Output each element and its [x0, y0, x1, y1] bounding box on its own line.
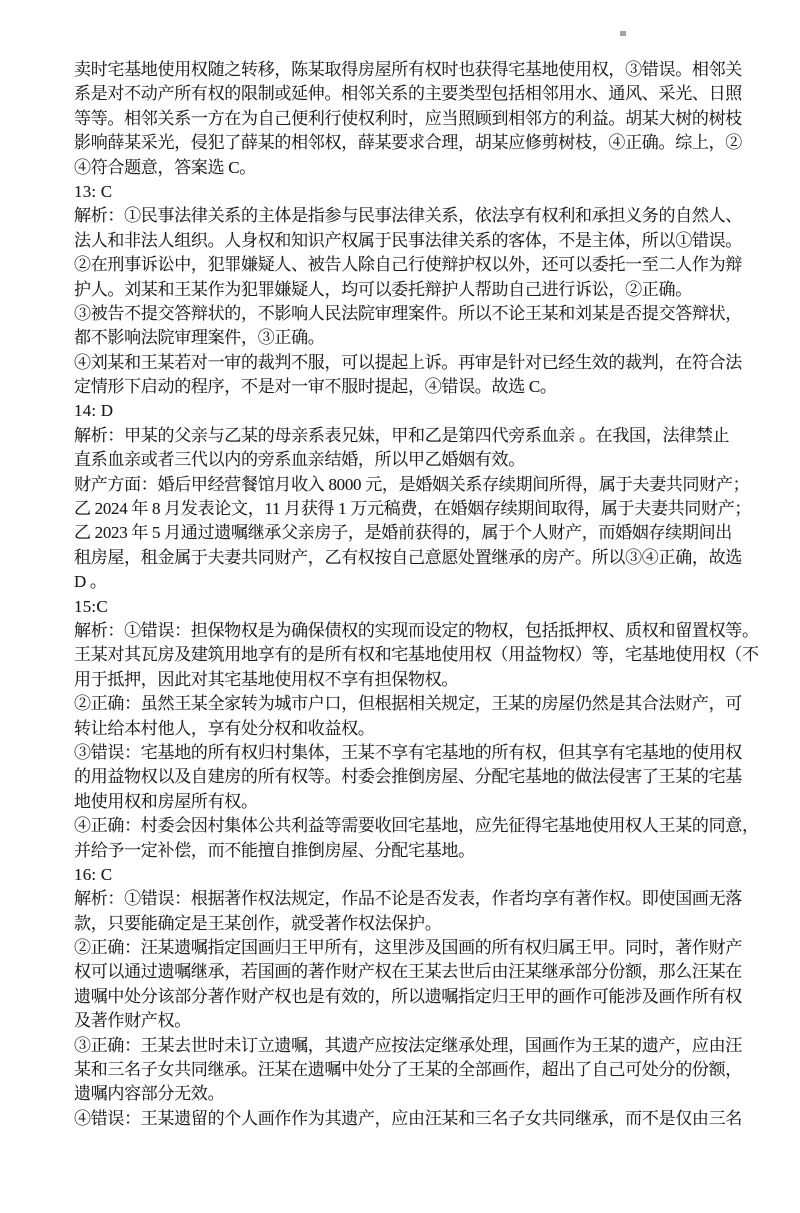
text-line: 的用益物权以及自建房的所有权等。村委会推倒房屋、分配宅基地的做法侵害了王某的宅基: [74, 765, 770, 789]
text-line: 某和三名子女共同继承。汪某在遗嘱中处分了王某的全部画作，超出了自己可处分的份额，: [74, 1058, 770, 1082]
text-line: ④错误：王某遗留的个人画作作为其遗产，应由汪某和三名子女共同继承，而不是仅由三名: [74, 1107, 770, 1131]
text-line: 遗嘱内容部分无效。: [74, 1082, 770, 1106]
text-line: ④符合题意，答案选 C。: [74, 156, 770, 180]
text-line: 及著作财产权。: [74, 1009, 770, 1033]
text-line: 并给予一定补偿，而不能擅自推倒房屋、分配宅基地。: [74, 839, 770, 863]
text-line: ③正确：王某去世时未订立遗嘱，其遗产应按法定继承处理，国画作为王某的遗产，应由汪: [74, 1034, 770, 1058]
text-line: 款，只要能确定是王某创作，就受著作权法保护。: [74, 912, 770, 936]
text-line: ②正确：汪某遗嘱指定国画归王甲所有，这里涉及国画的所有权归属王甲。同时，著作财产: [74, 936, 770, 960]
text-line: ④正确：村委会因村集体公共利益等需要收回宅基地，应先征得宅基地使用权人王某的同意…: [74, 814, 770, 838]
text-line: 遗嘱中处分该部分著作财产权也是有效的，所以遗嘱指定归王甲的画作可能涉及画作所有权: [74, 985, 770, 1009]
answer-number-header: 14: D: [74, 399, 770, 423]
text-line: ②正确：虽然王某全家转为城市户口，但根据相关规定，王某的房屋仍然是其合法财产，可: [74, 692, 770, 716]
text-line: 都不影响法院审理案件，③正确。: [74, 326, 770, 350]
text-line: 系是对不动产所有权的限制或延伸。相邻关系的主要类型包括相邻用水、通风、采光、日照: [74, 82, 770, 106]
text-line: 解析：①民事法律关系的主体是指参与民事法律关系，依法享有权利和承担义务的自然人、: [74, 204, 770, 228]
text-line: ②在刑事诉讼中，犯罪嫌疑人、被告人除自己行使辩护权以外，还可以委托一至二人作为辩: [74, 253, 770, 277]
text-line: 用于抵押，因此对其宅基地使用权不享有担保物权。: [74, 668, 770, 692]
text-line: 转让给本村他人，享有处分权和收益权。: [74, 717, 770, 741]
answer-number-header: 13: C: [74, 180, 770, 204]
scan-speck-artifact: [620, 31, 626, 36]
text-line: 权可以通过遗嘱继承，若国画的著作财产权在王某去世后由汪某继承部分份额，那么汪某在: [74, 960, 770, 984]
text-line: ④刘某和王某若对一审的裁判不服，可以提起上诉。再审是针对已经生效的裁判，在符合法: [74, 351, 770, 375]
text-line: 影响薛某采光，侵犯了薛某的相邻权，薛某要求合理，胡某应修剪树枝，④正确。综上，②: [74, 131, 770, 155]
text-line: 地使用权和房屋所有权。: [74, 790, 770, 814]
scanned-document-page: 卖时宅基地使用权随之转移，陈某取得房屋所有权时也获得宅基地使用权，③错误。相邻关…: [0, 0, 800, 1213]
text-line: 乙 2023 年 5 月通过遗嘱继承父亲房子，是婚前获得的，属于个人财产，而婚姻…: [74, 521, 770, 545]
text-line: 乙 2024 年 8 月发表论文，11 月获得 1 万元稿费，在婚姻存续期间取得…: [74, 497, 770, 521]
text-line: 定情形下启动的程序，不是对一审不服时提起，④错误。故选 C。: [74, 375, 770, 399]
text-line: 直系血亲或者三代以内的旁系血亲结婚，所以甲乙婚姻有效。: [74, 448, 770, 472]
text-line: ③错误：宅基地的所有权归村集体，王某不享有宅基地的所有权，但其享有宅基地的使用权: [74, 741, 770, 765]
text-line: 解析：①错误：根据著作权法规定，作品不论是否发表，作者均享有著作权。即使国画无落: [74, 887, 770, 911]
text-line: D 。: [74, 570, 770, 594]
text-line: 王某对其瓦房及建筑用地享有的是所有权和宅基地使用权（用益物权）等，宅基地使用权（…: [74, 643, 770, 667]
text-line: 租房屋，租金属于夫妻共同财产，乙有权按自己意愿处置继承的房产。所以③④正确，故选: [74, 546, 770, 570]
text-line: 解析：甲某的父亲与乙某的母亲系表兄妹，甲和乙是第四代旁系血亲 。在我国，法律禁止: [74, 424, 770, 448]
document-text-body: 卖时宅基地使用权随之转移，陈某取得房屋所有权时也获得宅基地使用权，③错误。相邻关…: [74, 58, 770, 1131]
text-line: 法人和非法人组织。人身权和知识产权属于民事法律关系的客体，不是主体，所以①错误。: [74, 229, 770, 253]
text-line: ③被告不提交答辩状的，不影响人民法院审理案件。所以不论王某和刘某是否提交答辩状，: [74, 302, 770, 326]
answer-number-header: 15:C: [74, 595, 770, 619]
text-line: 解析：①错误：担保物权是为确保债权的实现而设定的物权，包括抵押权、质权和留置权等…: [74, 619, 770, 643]
text-line: 护人。刘某和王某作为犯罪嫌疑人，均可以委托辩护人帮助自己进行诉讼，②正确。: [74, 278, 770, 302]
text-line: 卖时宅基地使用权随之转移，陈某取得房屋所有权时也获得宅基地使用权，③错误。相邻关: [74, 58, 770, 82]
text-line: 财产方面：婚后甲经营餐馆月收入 8000 元，是婚姻关系存续期间所得，属于夫妻共…: [74, 473, 770, 497]
answer-number-header: 16: C: [74, 863, 770, 887]
text-line: 等等。相邻关系一方在为自己便利行使权利时，应当照顾到相邻方的利益。胡某大树的树枝: [74, 107, 770, 131]
